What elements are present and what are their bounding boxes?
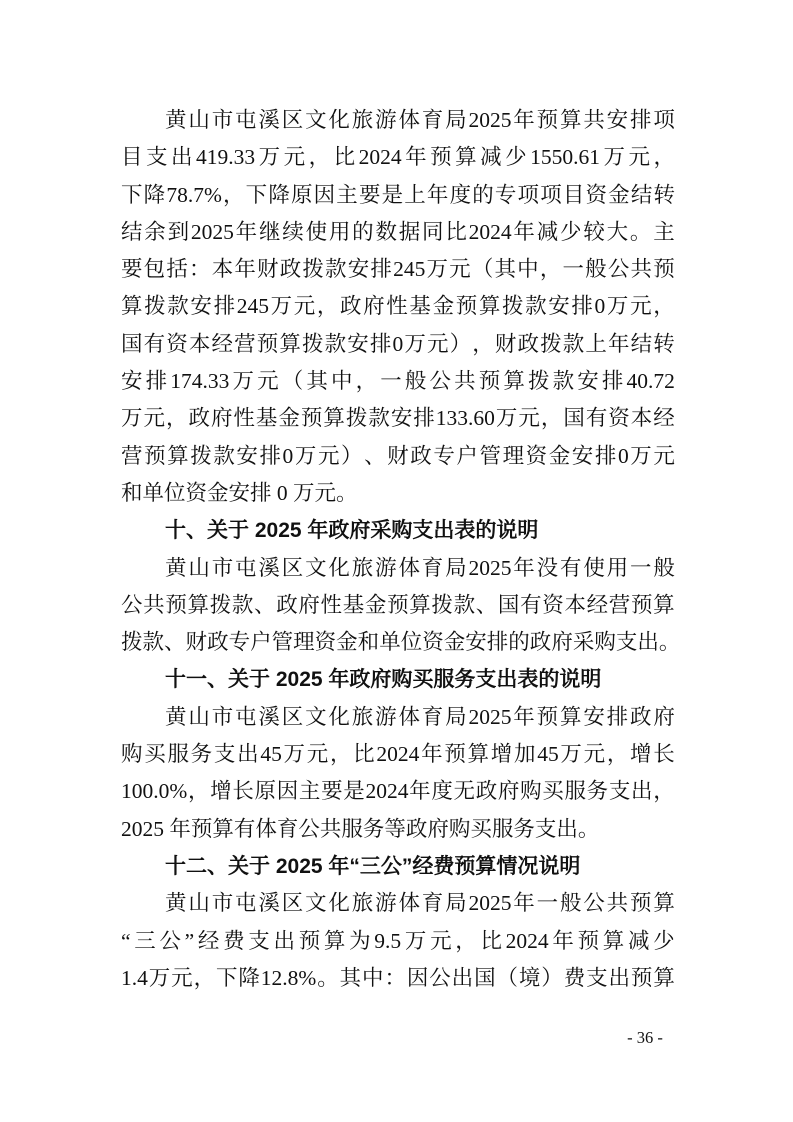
- text-line: 要包括：本年财政拨款安排245万元（其中，一般公共预: [121, 251, 675, 288]
- section-heading: 十二、关于 2025 年“三公”经费预算情况说明: [121, 848, 675, 885]
- document-page: 黄山市屯溪区文化旅游体育局2025年预算共安排项目支出419.33万元，比202…: [0, 0, 793, 1122]
- text-line: 和单位资金安排 0 万元。: [121, 475, 675, 512]
- document-text: 黄山市屯溪区文化旅游体育局2025年预算共安排项目支出419.33万元，比202…: [121, 102, 675, 997]
- section-heading: 十一、关于 2025 年政府购买服务支出表的说明: [121, 661, 675, 698]
- text-line: 算拨款安排245万元，政府性基金预算拨款安排0万元，: [121, 288, 675, 325]
- text-line: 黄山市屯溪区文化旅游体育局2025年预算共安排项: [121, 102, 675, 139]
- text-line: 国有资本经营预算拨款安排0万元），财政拨款上年结转: [121, 326, 675, 363]
- text-line: 结余到2025年继续使用的数据同比2024年减少较大。主: [121, 214, 675, 251]
- text-line: 购买服务支出45万元，比2024年预算增加45万元，增长: [121, 736, 675, 773]
- text-line: 安排174.33万元（其中，一般公共预算拨款安排40.72: [121, 363, 675, 400]
- text-line: 万元，政府性基金预算拨款安排133.60万元，国有资本经: [121, 400, 675, 437]
- text-line: 1.4万元，下降12.8%。其中：因公出国（境）费支出预算: [121, 960, 675, 997]
- text-line: 黄山市屯溪区文化旅游体育局2025年一般公共预算: [121, 885, 675, 922]
- text-line: 拨款、财政专户管理资金和单位资金安排的政府采购支出。: [121, 624, 675, 661]
- text-line: 100.0%，增长原因主要是2024年度无政府购买服务支出，: [121, 773, 675, 810]
- text-line: 营预算拨款安排0万元）、财政专户管理资金安排0万元: [121, 438, 675, 475]
- text-line: 公共预算拨款、政府性基金预算拨款、国有资本经营预算: [121, 587, 675, 624]
- text-line: 目支出419.33万元，比2024年预算减少1550.61万元，: [121, 139, 675, 176]
- text-line: 黄山市屯溪区文化旅游体育局2025年预算安排政府: [121, 699, 675, 736]
- text-line: 黄山市屯溪区文化旅游体育局2025年没有使用一般: [121, 550, 675, 587]
- text-line: 2025 年预算有体育公共服务等政府购买服务支出。: [121, 811, 675, 848]
- section-heading: 十、关于 2025 年政府采购支出表的说明: [121, 512, 675, 549]
- text-line: “三公”经费支出预算为9.5万元，比2024年预算减少: [121, 923, 675, 960]
- page-number: - 36 -: [600, 1028, 690, 1048]
- text-line: 下降78.7%，下降原因主要是上年度的专项项目资金结转: [121, 177, 675, 214]
